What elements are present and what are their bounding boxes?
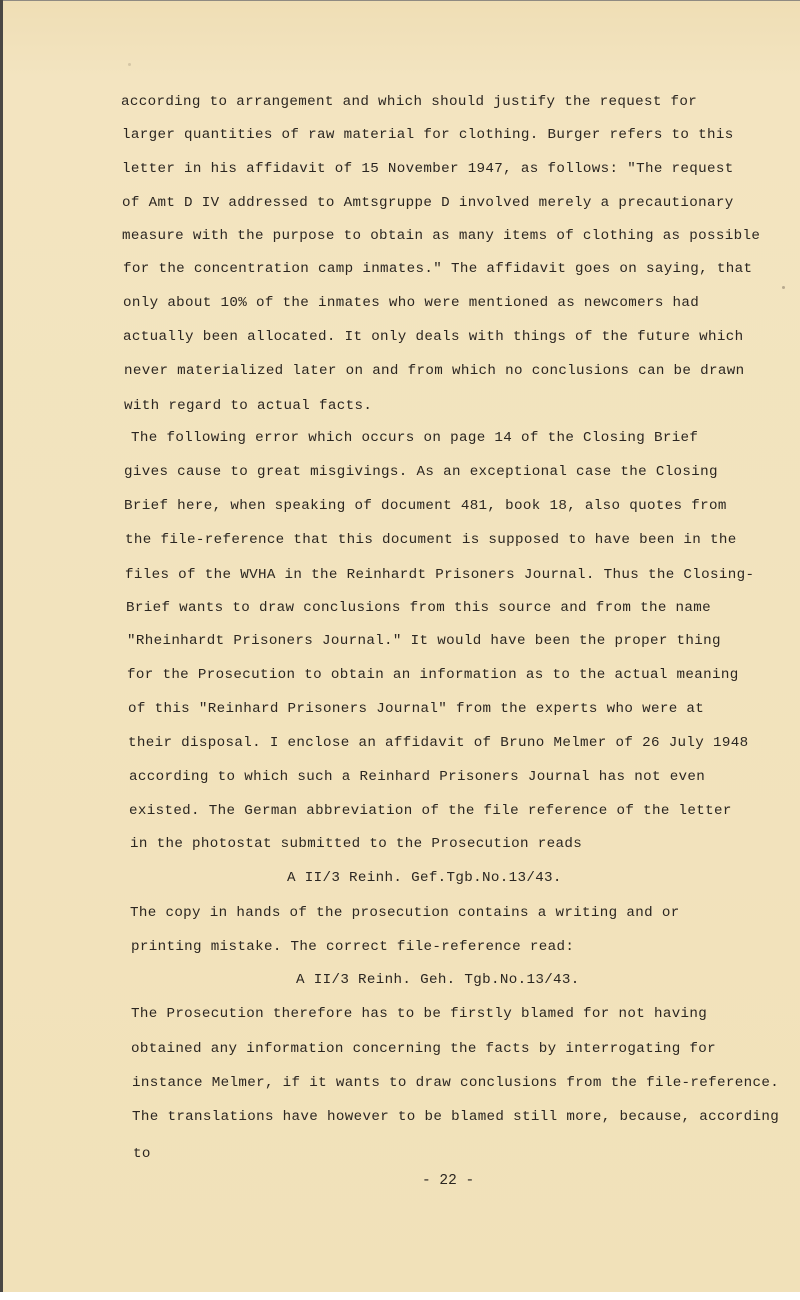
body-line: in the photostat submitted to the Prosec… — [130, 835, 582, 853]
body-line: The copy in hands of the prosecution con… — [130, 904, 680, 922]
body-line: The Prosecution therefore has to be firs… — [131, 1005, 707, 1023]
body-line: The translations have however to be blam… — [132, 1108, 779, 1126]
body-line: for the Prosecution to obtain an informa… — [127, 666, 739, 684]
body-line: never materialized later on and from whi… — [124, 362, 744, 380]
paper-speck — [782, 286, 785, 289]
paper-speck — [128, 63, 131, 66]
body-line: "Rheinhardt Prisoners Journal." It would… — [127, 632, 721, 650]
body-line: gives cause to great misgivings. As an e… — [124, 463, 718, 481]
body-line: their disposal. I enclose an affidavit o… — [128, 734, 748, 752]
body-line: existed. The German abbreviation of the … — [129, 802, 732, 820]
body-line: larger quantities of raw material for cl… — [122, 126, 734, 144]
body-line: obtained any information concerning the … — [131, 1040, 716, 1058]
body-line: of this "Reinhard Prisoners Journal" fro… — [128, 700, 704, 718]
body-line: with regard to actual facts. — [124, 397, 372, 415]
body-line: The following error which occurs on page… — [131, 429, 698, 447]
body-line: letter in his affidavit of 15 November 1… — [122, 160, 734, 178]
body-line: Brief wants to draw conclusions from thi… — [126, 599, 711, 617]
body-line: according to which such a Reinhard Priso… — [129, 768, 705, 786]
page-left-edge — [0, 0, 3, 1300]
body-line: files of the WVHA in the Reinhardt Priso… — [125, 566, 754, 584]
document-page: according to arrangement and which shoul… — [0, 0, 800, 1293]
body-line: measure with the purpose to obtain as ma… — [122, 227, 760, 245]
scan-bottom-margin — [0, 1292, 800, 1300]
file-reference-photostat: A II/3 Reinh. Gef.Tgb.No.13/43. — [287, 869, 562, 887]
body-line: to — [133, 1145, 151, 1163]
body-line: instance Melmer, if it wants to draw con… — [132, 1074, 779, 1092]
body-line: for the concentration camp inmates." The… — [123, 260, 752, 278]
body-line: actually been allocated. It only deals w… — [123, 328, 743, 346]
body-line: of Amt D IV addressed to Amtsgruppe D in… — [122, 194, 734, 212]
file-reference-correct: A II/3 Reinh. Geh. Tgb.No.13/43. — [296, 971, 580, 989]
body-line: only about 10% of the inmates who were m… — [123, 294, 699, 312]
body-line: the file-reference that this document is… — [125, 531, 737, 549]
body-line: printing mistake. The correct file-refer… — [131, 938, 574, 956]
paper-speck — [540, 976, 543, 979]
page-number: - 22 - — [422, 1173, 474, 1189]
body-line: according to arrangement and which shoul… — [121, 93, 697, 111]
body-line: Brief here, when speaking of document 48… — [124, 497, 727, 515]
